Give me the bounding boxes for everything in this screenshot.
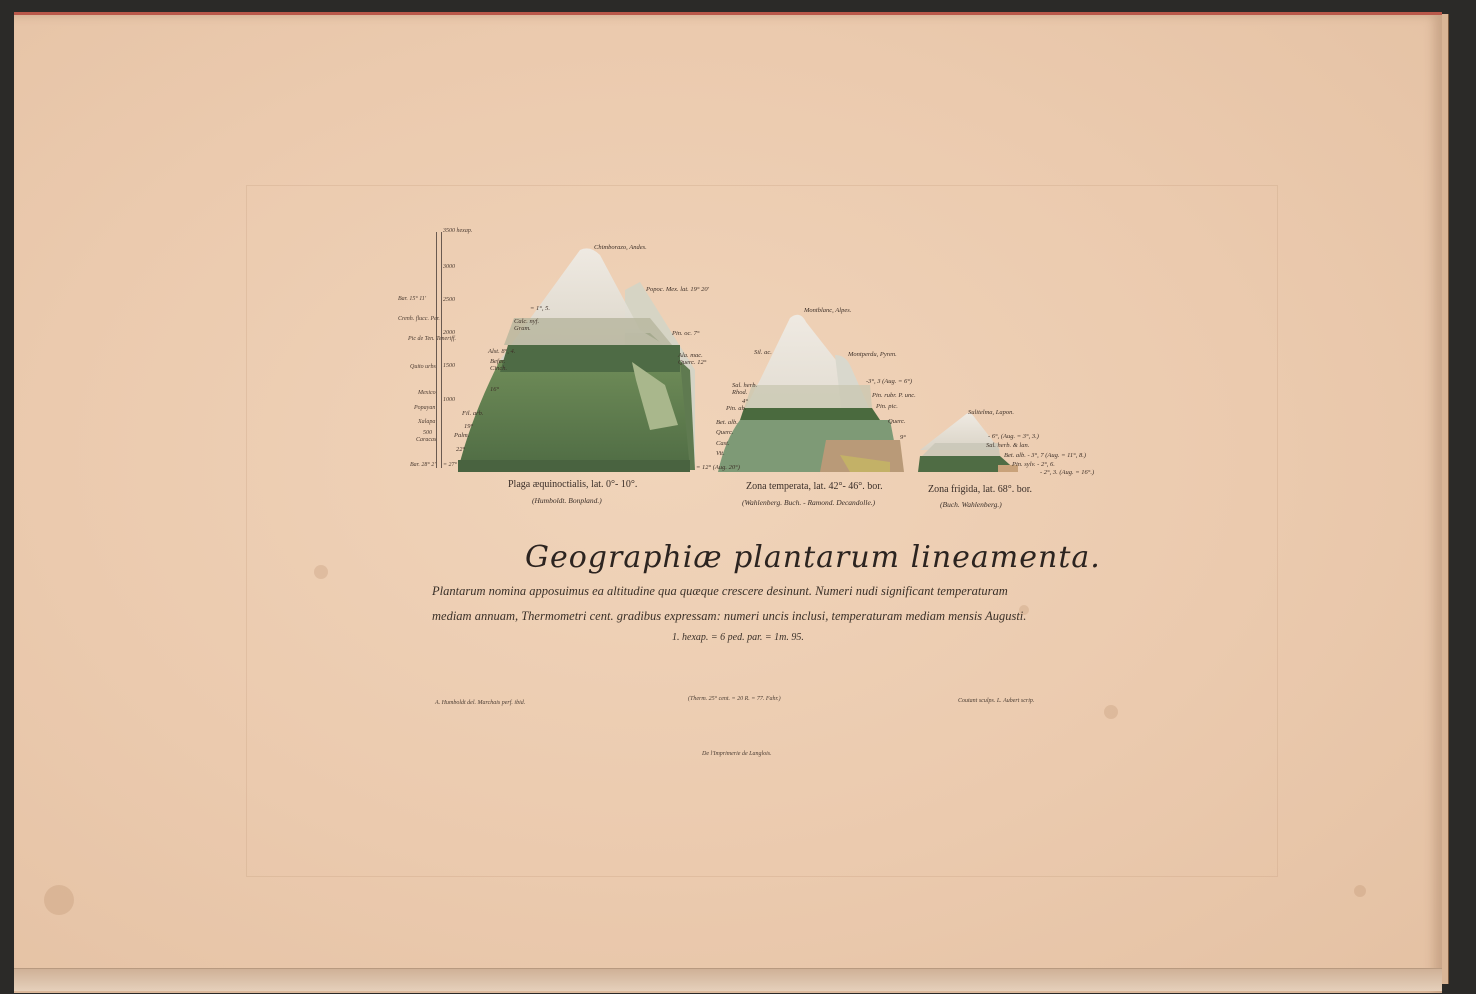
zone-authors: (Humboldt. Bonpland.) xyxy=(532,496,602,505)
scale-tick: 1500 xyxy=(443,363,455,369)
zone-title: Plaga æquinoctialis, lat. 0°- 10°. xyxy=(508,479,637,490)
zone-label: Palm. xyxy=(454,432,469,439)
zone-label: Sal. herb. Rhod. xyxy=(732,382,758,396)
zone-label: 4° xyxy=(742,398,748,405)
zone-label: Bet. alb. - 3°, 7 (Aug. = 11°, 8.) xyxy=(1004,452,1086,459)
zone-label: Befar. Cinch. xyxy=(490,358,516,372)
zone-label: 16° xyxy=(490,386,499,393)
scale-place: Bar. 15° 11' xyxy=(398,296,426,302)
zone-label: = 1°, 5. xyxy=(530,305,550,312)
plate-description-line2: mediam annuam, Thermometri cent. gradibu… xyxy=(432,609,1052,624)
plate-title: Geographiæ plantarum lineamenta. xyxy=(525,540,1101,575)
credit-thermometer: (Therm. 25° cent. = 20 R. = 77. Fahr.) xyxy=(688,696,781,702)
scale-tick: 500 xyxy=(423,430,432,436)
credit-engraver: Coutant sculps. L. Aubert scrip. xyxy=(958,698,1034,704)
scale-place: Quito urbs xyxy=(410,364,436,370)
scale-place: = 27° xyxy=(443,462,457,468)
altitude-scale xyxy=(436,232,442,468)
zone-label: Ala. mac. Querc. 12° xyxy=(678,352,710,366)
scale-place: Popayan xyxy=(414,405,435,411)
scale-place: Caracas xyxy=(416,437,436,443)
zone-label: Pin. rubr. P. unc. xyxy=(872,392,916,399)
peak-label: Montblanc, Alpes. xyxy=(804,307,851,314)
zone-label: 22° xyxy=(456,446,465,453)
zone-label: - 2°, 3. (Aug. = 16°.) xyxy=(1040,469,1094,476)
peak-label: Montperdu, Pyren. xyxy=(848,351,897,358)
zone-label: Alst. 8°, 4. xyxy=(488,348,515,355)
zone-label: Sil. ac. xyxy=(754,349,772,356)
zone-label: = 12° (Aug. 20°) xyxy=(696,464,740,471)
zone-title: Zona frigida, lat. 68°. bor. xyxy=(928,484,1032,495)
zone-title: Zona temperata, lat. 42°- 46°. bor. xyxy=(746,481,883,492)
zone-label: Pin. ab. xyxy=(726,405,746,412)
credit-draftsman: A. Humboldt del. Marchais perf. ibid. xyxy=(435,700,525,706)
peak-label: Sulitelma, Lapon. xyxy=(968,409,1014,416)
zone-label: -3°, 3 (Aug. = 6°) xyxy=(866,378,912,385)
scale-place: Crenh. flucc. Per. xyxy=(398,316,440,322)
peak-label: Chimborazo, Andes. xyxy=(594,244,647,251)
zone-label: Cast. xyxy=(716,440,730,447)
zone-label: Pin. sylv. - 2°, 6. xyxy=(1012,461,1055,468)
scale-tick: 2500 xyxy=(443,297,455,303)
scale-place: Pic de Ten. Teneriff. xyxy=(408,336,456,342)
zone-label: Bet. alb. xyxy=(716,419,738,426)
zone-label: 19° xyxy=(464,423,473,430)
zone-label: Calc. nyf. Gram. xyxy=(514,318,542,332)
scale-top-label: 3500 hexap. xyxy=(443,228,472,234)
mountain-illustrations xyxy=(0,0,1476,994)
unit-conversion: 1. hexap. = 6 ped. par. = 1m. 95. xyxy=(672,632,1292,643)
zone-label: Fil. arb. xyxy=(462,410,484,417)
zone-label: Pin. oc. 7° xyxy=(672,330,700,337)
zone-label: 9° xyxy=(900,434,906,441)
zone-label: Querc. xyxy=(716,429,734,436)
zone-label: Sal. herb. & lan. xyxy=(986,442,1029,449)
scale-place: Bar. 28° 2' xyxy=(410,462,436,468)
peak-label: Popoc. Mex. lat. 19° 20' xyxy=(646,286,709,293)
zone-authors: (Buch. Wahlenberg.) xyxy=(940,500,1002,509)
scale-tick: 1000 xyxy=(443,397,455,403)
printer-imprint: De l'Imprimerie de Langlois. xyxy=(702,751,772,757)
zone-label: Querc. xyxy=(888,418,906,425)
zone-label: Pin. pic. xyxy=(876,403,898,410)
plate-description-line1: Plantarum nomina apposuimus ea altitudin… xyxy=(432,584,1052,599)
scale-place: Xalapa xyxy=(418,419,435,425)
zone-authors: (Wahlenberg. Buch. - Ramond. Decandolle.… xyxy=(742,498,875,507)
zone-label: Vit. xyxy=(716,450,725,457)
scale-tick: 3000 xyxy=(443,264,455,270)
scale-place: Mexico xyxy=(418,390,436,396)
zone-label: - 6°, (Aug. = 3°, 3.) xyxy=(988,433,1039,440)
